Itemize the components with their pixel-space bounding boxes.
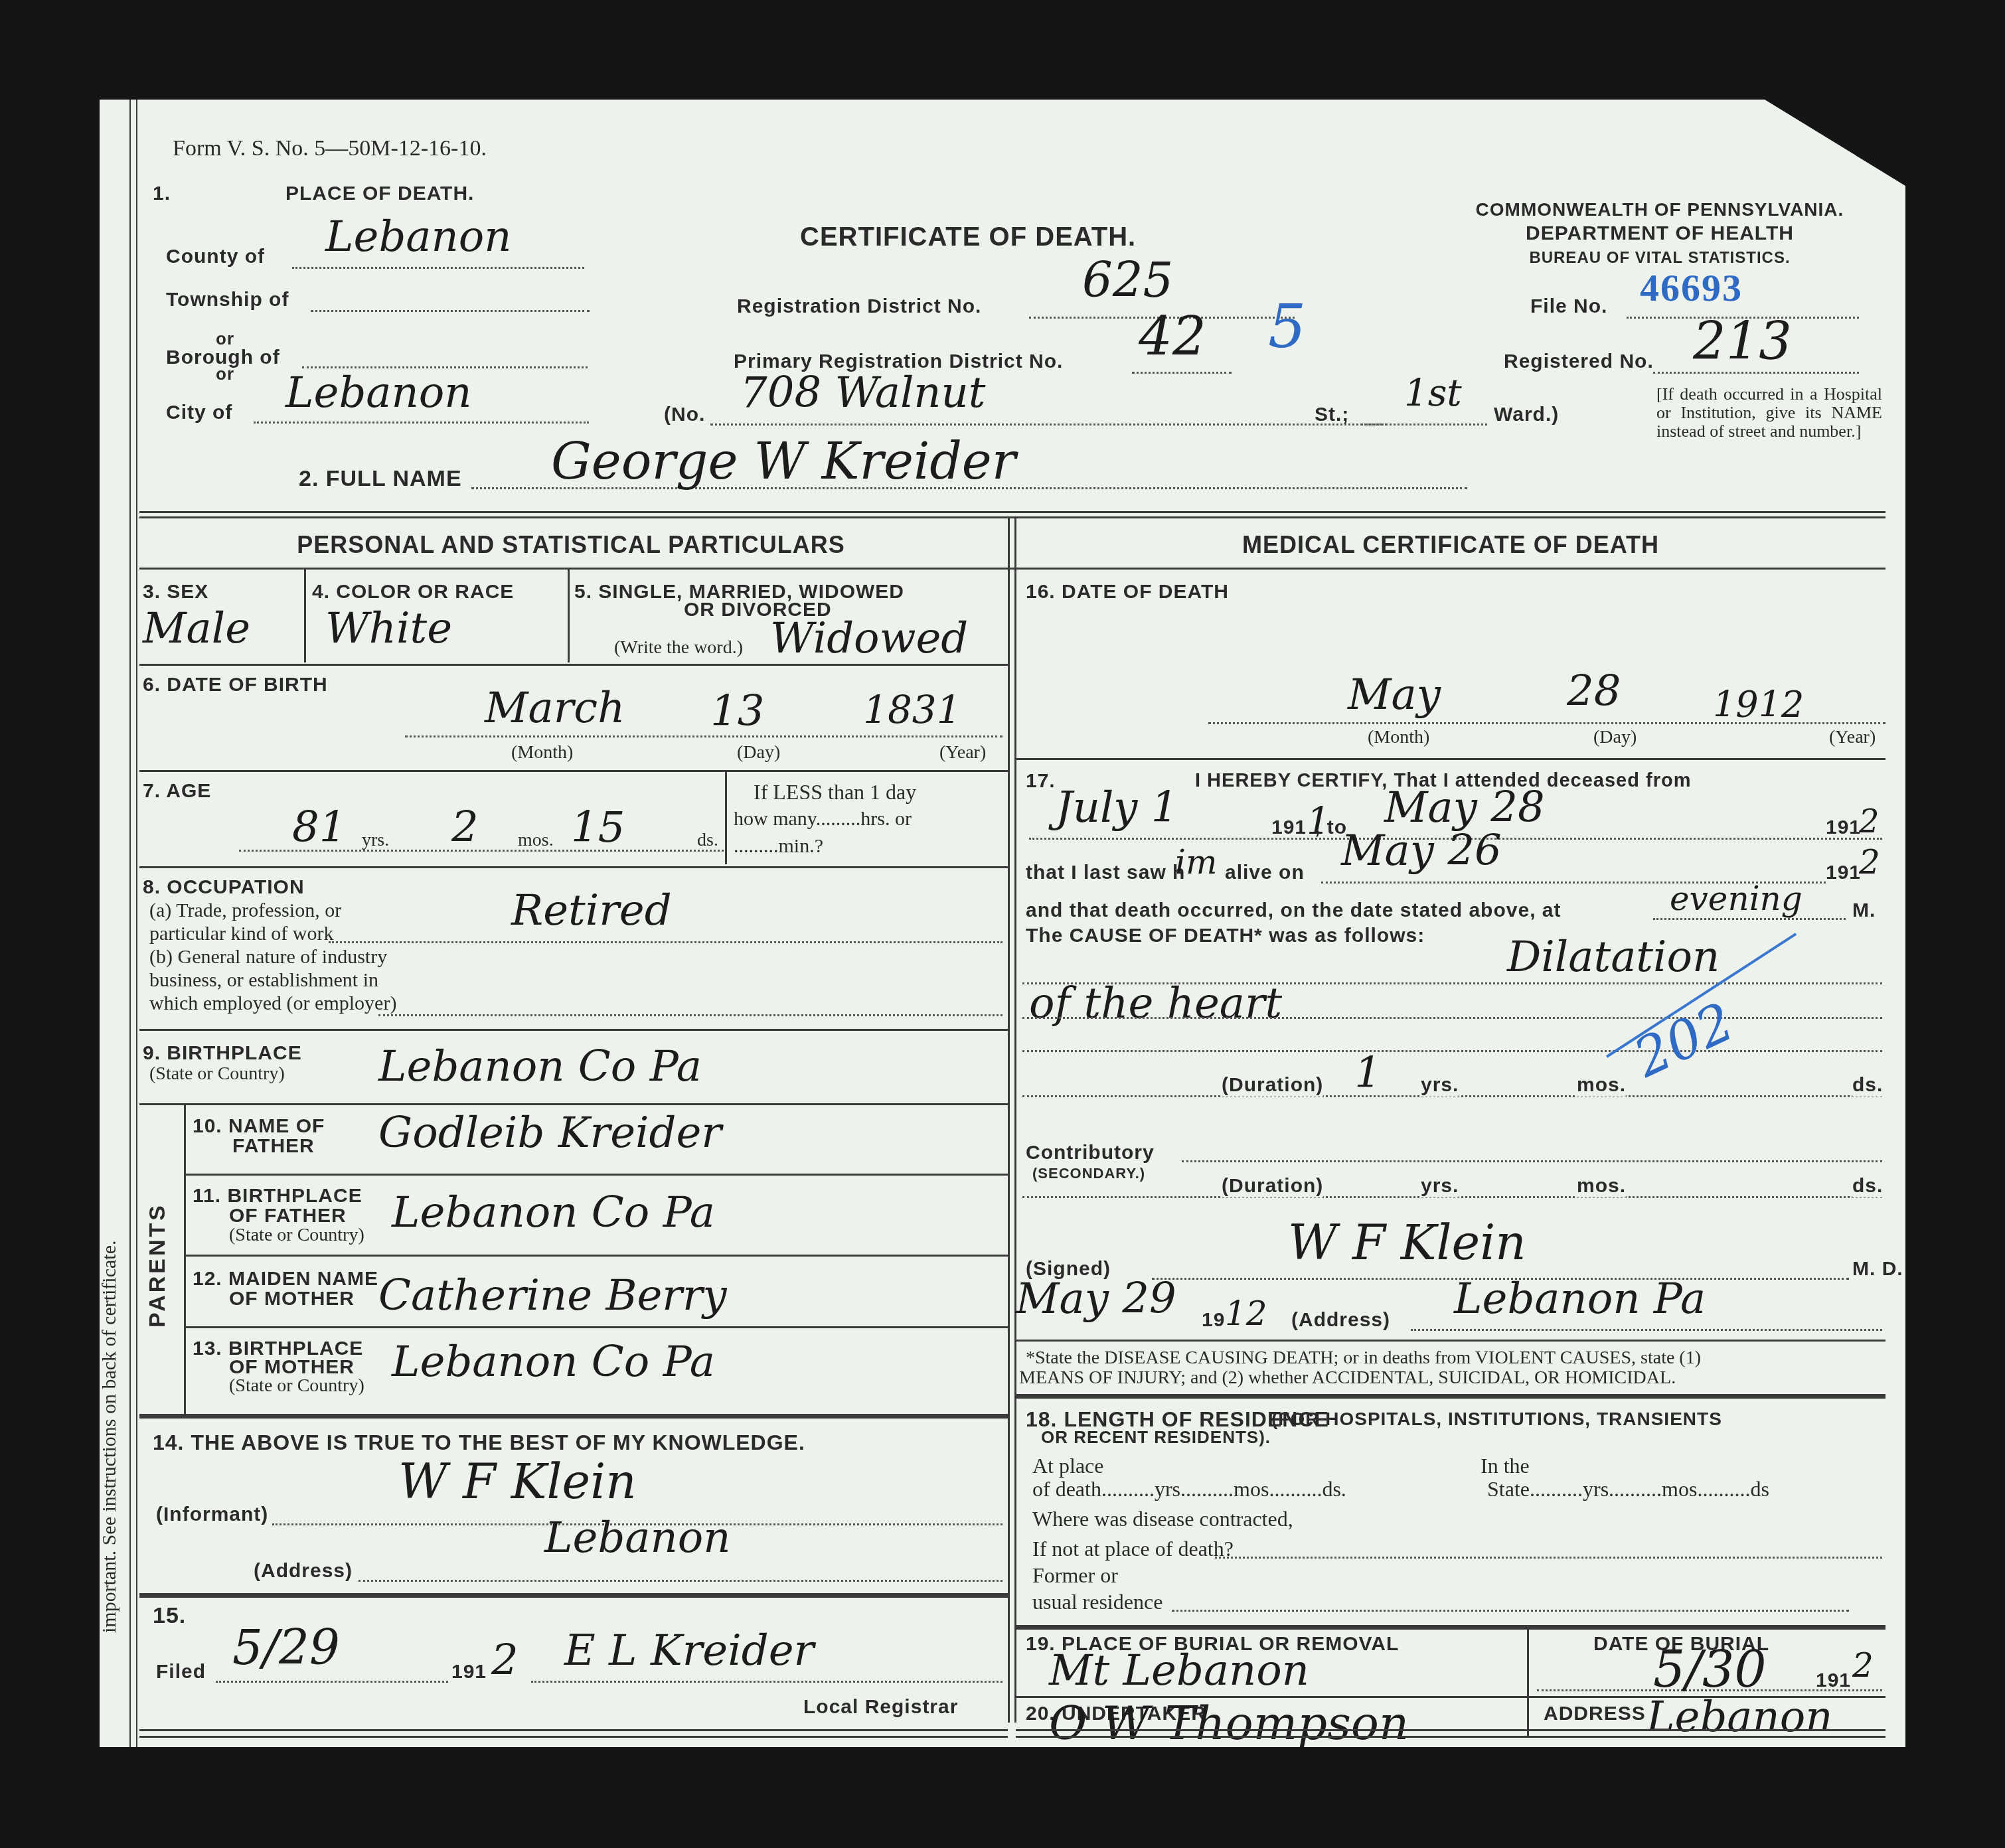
death-occurred-text: and that death occurred, on the date sta… bbox=[1026, 899, 1561, 922]
informant-heading: 14. THE ABOVE IS TRUE TO THE BEST OF MY … bbox=[153, 1430, 805, 1455]
burial-year-suffix[interactable]: 2 bbox=[1852, 1646, 1874, 1685]
file-number-value[interactable]: 46693 bbox=[1640, 266, 1743, 310]
father-birthplace-label-2: OF FATHER bbox=[229, 1205, 347, 1227]
meridiem-label: M. bbox=[1852, 899, 1876, 922]
footnote-line2: MEANS OF INJURY; and (2) whether ACCIDEN… bbox=[1019, 1367, 1676, 1389]
age-months[interactable]: 2 bbox=[451, 803, 479, 852]
township-label: Township of bbox=[166, 289, 289, 311]
filed-year-suffix[interactable]: 2 bbox=[491, 1636, 519, 1685]
rule-thick bbox=[1016, 1394, 1885, 1399]
father-name-value[interactable]: Godleib Kreider bbox=[378, 1109, 722, 1158]
duration-mos-unit-2: mos. bbox=[1577, 1175, 1626, 1197]
margin-note: important. See instructions on back of c… bbox=[98, 1241, 121, 1633]
township-line[interactable] bbox=[311, 310, 590, 312]
mother-name-value[interactable]: Catherine Berry bbox=[378, 1271, 727, 1320]
duration-label: (Duration) bbox=[1222, 1074, 1323, 1097]
last-saw-label: that I last saw h bbox=[1026, 862, 1185, 884]
cell-divider bbox=[1527, 1626, 1529, 1736]
informant-address-label: (Address) bbox=[254, 1560, 353, 1582]
rule bbox=[186, 1326, 1008, 1328]
in-state-label: In the bbox=[1481, 1454, 1530, 1478]
rule bbox=[186, 1255, 1008, 1257]
cell-divider bbox=[725, 771, 727, 864]
undertaker-address-value[interactable]: Lebanon bbox=[1646, 1693, 1832, 1742]
or-2: or bbox=[216, 364, 234, 384]
rule-thick bbox=[139, 1414, 1008, 1419]
race-label: 4. COLOR OR RACE bbox=[312, 581, 514, 603]
age-days[interactable]: 15 bbox=[571, 803, 625, 852]
dob-month[interactable]: March bbox=[485, 684, 625, 733]
informant-address-value[interactable]: Lebanon bbox=[544, 1513, 730, 1563]
md-label: M. D. bbox=[1852, 1258, 1903, 1280]
rule bbox=[139, 770, 1008, 772]
sex-label: 3. SEX bbox=[143, 581, 208, 603]
section-1-number: 1. bbox=[153, 183, 171, 205]
registered-number-line bbox=[1653, 372, 1859, 374]
margin-border-outer bbox=[129, 100, 131, 1747]
at-place-label: At place bbox=[1032, 1454, 1104, 1478]
burial-date-value[interactable]: 5/30 bbox=[1653, 1640, 1767, 1699]
filed-value[interactable]: 5/29 bbox=[232, 1620, 340, 1675]
occupation-value[interactable]: Retired bbox=[511, 886, 672, 935]
cause-of-death-line1[interactable]: Dilatation bbox=[1507, 933, 1720, 982]
death-certificate-paper: important. See instructions on back of c… bbox=[100, 100, 1905, 1747]
physician-address-label: (Address) bbox=[1291, 1309, 1390, 1332]
city-value[interactable]: Lebanon bbox=[285, 368, 471, 418]
where-contracted-label: Where was disease contracted, bbox=[1032, 1507, 1293, 1531]
last-saw-date[interactable]: May 26 bbox=[1341, 826, 1502, 876]
dob-day[interactable]: 13 bbox=[710, 687, 764, 736]
father-birthplace-label: 11. BIRTHPLACE bbox=[193, 1185, 362, 1207]
rule bbox=[139, 1729, 1008, 1731]
attended-to-year-prefix: 191 bbox=[1826, 816, 1861, 839]
dod-day-caption: (Day) bbox=[1593, 727, 1637, 748]
at-place-of-death[interactable]: of death..........yrs..........mos......… bbox=[1032, 1477, 1346, 1501]
time-of-death[interactable]: evening bbox=[1670, 880, 1803, 918]
day-caption: (Day) bbox=[737, 742, 780, 763]
personal-heading: PERSONAL AND STATISTICAL PARTICULARS bbox=[139, 531, 1002, 559]
section-17-number: 17. bbox=[1026, 770, 1056, 793]
signed-year-suffix[interactable]: 12 bbox=[1225, 1294, 1267, 1333]
registration-district-label: Registration District No. bbox=[737, 295, 981, 318]
filed-label: Filed bbox=[156, 1661, 206, 1683]
mos-unit: mos. bbox=[518, 830, 554, 851]
informant-value[interactable]: W F Klein bbox=[398, 1454, 637, 1509]
medical-heading: MEDICAL CERTIFICATE OF DEATH bbox=[1016, 531, 1885, 559]
signed-date[interactable]: May 29 bbox=[1016, 1274, 1176, 1324]
birthplace-hint: (State or Country) bbox=[149, 1063, 285, 1085]
rule bbox=[1016, 1340, 1885, 1342]
dod-month-caption: (Month) bbox=[1368, 727, 1429, 748]
duration-yrs-unit: yrs. bbox=[1421, 1074, 1459, 1097]
father-name-label-2: FATHER bbox=[232, 1135, 315, 1158]
age-years[interactable]: 81 bbox=[292, 803, 346, 852]
ds-unit: ds. bbox=[697, 830, 718, 851]
last-saw-year-suffix[interactable]: 2 bbox=[1859, 843, 1880, 882]
margin-border-inner bbox=[136, 100, 137, 1747]
time-line bbox=[1653, 918, 1846, 920]
rule-thick bbox=[139, 1593, 1008, 1598]
month-caption: (Month) bbox=[511, 742, 573, 763]
dod-day[interactable]: 28 bbox=[1567, 667, 1621, 716]
cell-divider bbox=[304, 570, 306, 662]
rule bbox=[139, 866, 1008, 868]
employer-line[interactable] bbox=[378, 1014, 1002, 1016]
duration-ds-unit-2: ds. bbox=[1852, 1175, 1883, 1197]
physician-address-value[interactable]: Lebanon Pa bbox=[1454, 1274, 1706, 1324]
issuer-department: DEPARTMENT OF HEALTH bbox=[1454, 222, 1866, 245]
marital-value[interactable]: Widowed bbox=[770, 614, 968, 663]
dod-month[interactable]: May bbox=[1348, 670, 1441, 720]
registered-number-value[interactable]: 213 bbox=[1693, 312, 1792, 372]
mother-name-label: 12. MAIDEN NAME bbox=[193, 1268, 378, 1290]
filed-year-prefix: 191 bbox=[451, 1661, 487, 1683]
usual-residence-label: usual residence bbox=[1032, 1590, 1163, 1614]
sex-value[interactable]: Male bbox=[143, 604, 250, 653]
dob-line bbox=[405, 735, 1002, 737]
occupation-line bbox=[329, 941, 1002, 943]
marital-hint: (Write the word.) bbox=[614, 637, 743, 658]
rule bbox=[139, 664, 1008, 666]
last-saw-year-prefix: 191 bbox=[1826, 862, 1861, 884]
occupation-label: 8. OCCUPATION bbox=[143, 876, 305, 899]
rule bbox=[1016, 758, 1885, 760]
informant-address-line bbox=[359, 1580, 1002, 1582]
father-name-label: 10. NAME OF bbox=[193, 1115, 325, 1138]
mother-birthplace-value[interactable]: Lebanon Co Pa bbox=[392, 1338, 715, 1387]
registrar-label: Local Registrar bbox=[803, 1696, 958, 1719]
occupation-b3: which employed (or employer) bbox=[149, 992, 396, 1015]
ward-line bbox=[1361, 424, 1487, 425]
street-no-label: (No. bbox=[664, 404, 705, 426]
footnote-line1: *State the DISEASE CAUSING DEATH; or in … bbox=[1026, 1347, 1701, 1369]
yrs-unit: yrs. bbox=[362, 830, 389, 851]
residence-line[interactable] bbox=[1172, 1610, 1849, 1612]
informant-label: (Informant) bbox=[156, 1503, 268, 1526]
father-birthplace-hint: (State or Country) bbox=[229, 1225, 364, 1246]
rule-thick bbox=[1016, 1625, 1885, 1630]
birthplace-label: 9. BIRTHPLACE bbox=[143, 1042, 302, 1065]
column-divider bbox=[1008, 518, 1010, 1723]
residence-note-1: (FOR HOSPITALS, INSTITUTIONS, TRANSIENTS bbox=[1271, 1409, 1722, 1430]
burial-year-prefix: 191 bbox=[1816, 1669, 1851, 1692]
hospital-note: [If death occurred in a Hospital or Inst… bbox=[1656, 385, 1882, 441]
primary-district-value[interactable]: 42 bbox=[1139, 305, 1206, 367]
duration-mos-unit: mos. bbox=[1577, 1074, 1626, 1097]
duration-ds-unit: ds. bbox=[1852, 1074, 1883, 1097]
city-line bbox=[254, 422, 589, 424]
full-name-value[interactable]: George W Kreider bbox=[551, 431, 1016, 491]
certificate-title: CERTIFICATE OF DEATH. bbox=[800, 222, 1136, 252]
undertaker-address-label: ADDRESS bbox=[1544, 1703, 1646, 1725]
street-value[interactable]: 708 Walnut bbox=[740, 368, 986, 418]
rule bbox=[139, 511, 1885, 513]
occupation-a2: particular kind of work bbox=[149, 923, 333, 945]
registered-number-label: Registered No. bbox=[1504, 350, 1654, 373]
burial-place-value[interactable]: Mt Lebanon bbox=[1049, 1646, 1309, 1695]
dod-year[interactable]: 1912 bbox=[1713, 684, 1804, 726]
cause-line-2 bbox=[1022, 1017, 1882, 1019]
county-line bbox=[292, 267, 584, 269]
less-than-day-1: If LESS than 1 day bbox=[754, 780, 916, 805]
ward-label: Ward.) bbox=[1494, 404, 1559, 426]
rule bbox=[186, 1174, 1008, 1176]
street-suffix-label: St.; bbox=[1315, 404, 1349, 426]
place-of-death-heading: PLACE OF DEATH. bbox=[285, 183, 474, 205]
attended-to[interactable]: May 28 bbox=[1384, 783, 1545, 832]
duration-label-2: (Duration) bbox=[1222, 1175, 1323, 1197]
signed-year-prefix: 19 bbox=[1202, 1309, 1225, 1332]
father-birthplace-value[interactable]: Lebanon Co Pa bbox=[392, 1188, 715, 1237]
city-label: City of bbox=[166, 402, 232, 424]
less-than-day-2: how many.........hrs. or bbox=[734, 808, 912, 830]
cause-of-death-label: The CAUSE OF DEATH* was as follows: bbox=[1026, 925, 1425, 947]
occupation-a1: (a) Trade, profession, or bbox=[149, 899, 341, 922]
full-name-label: 2. FULL NAME bbox=[299, 466, 462, 492]
rule bbox=[139, 516, 1885, 518]
physician-signature[interactable]: W F Klein bbox=[1288, 1215, 1526, 1270]
rule bbox=[139, 568, 1885, 570]
cause-line-3 bbox=[1022, 1050, 1882, 1052]
former-residence-label: Former or bbox=[1032, 1563, 1118, 1588]
issuer-commonwealth: COMMONWEALTH OF PENNSYLVANIA. bbox=[1454, 199, 1866, 220]
attended-from[interactable]: July 1 bbox=[1056, 783, 1178, 832]
in-state-values[interactable]: State..........yrs..........mos.........… bbox=[1487, 1477, 1769, 1501]
rule bbox=[1016, 1729, 1885, 1731]
ward-value[interactable]: 1st bbox=[1404, 372, 1462, 415]
registration-district-value[interactable]: 625 bbox=[1082, 252, 1173, 308]
mother-birthplace-hint: (State or Country) bbox=[229, 1375, 364, 1397]
secondary-label: (SECONDARY.) bbox=[1032, 1165, 1145, 1182]
attended-to-year-suffix[interactable]: 2 bbox=[1859, 803, 1880, 840]
section-15-number: 15. bbox=[153, 1603, 186, 1629]
mother-name-label-2: OF MOTHER bbox=[229, 1288, 355, 1310]
dod-year-caption: (Year) bbox=[1829, 727, 1876, 748]
county-label: County of bbox=[166, 246, 265, 268]
race-value[interactable]: White bbox=[325, 604, 452, 653]
form-number: Form V. S. No. 5—50M-12-16-10. bbox=[173, 136, 487, 161]
registrar-signature[interactable]: E L Kreider bbox=[564, 1626, 814, 1675]
rule bbox=[1016, 1736, 1885, 1738]
primary-district-check: 5 bbox=[1268, 292, 1306, 362]
dob-year[interactable]: 1831 bbox=[863, 687, 961, 732]
registrar-line bbox=[531, 1681, 1002, 1683]
dod-label: 16. DATE OF DEATH bbox=[1026, 581, 1229, 603]
contributory-label: Contributory bbox=[1026, 1142, 1155, 1164]
occupation-b2: business, or establishment in bbox=[149, 969, 378, 992]
filed-line bbox=[216, 1681, 448, 1683]
rule bbox=[139, 1029, 1008, 1031]
cause-of-death-line2[interactable]: of the heart bbox=[1029, 979, 1282, 1028]
street-line bbox=[710, 424, 1388, 425]
county-value[interactable]: Lebanon bbox=[325, 212, 511, 262]
less-than-day-3: .........min.? bbox=[734, 835, 823, 858]
contributory-line[interactable] bbox=[1182, 1160, 1882, 1162]
birthplace-value[interactable]: Lebanon Co Pa bbox=[378, 1042, 702, 1091]
dob-label: 6. DATE OF BIRTH bbox=[143, 674, 328, 696]
rule bbox=[139, 1103, 1008, 1105]
issuer-bureau: BUREAU OF VITAL STATISTICS. bbox=[1454, 249, 1866, 268]
age-label: 7. AGE bbox=[143, 780, 211, 803]
contracted-line[interactable] bbox=[1215, 1557, 1882, 1559]
primary-district-line bbox=[1132, 372, 1232, 374]
last-saw-pronoun[interactable]: im bbox=[1175, 843, 1217, 882]
year-caption: (Year) bbox=[939, 742, 986, 763]
duration-yrs-unit-2: yrs. bbox=[1421, 1175, 1459, 1197]
cell-divider bbox=[568, 570, 570, 662]
parents-label: PARENTS bbox=[145, 1203, 171, 1328]
residence-note-2: OR RECENT RESIDENTS). bbox=[1041, 1427, 1271, 1448]
file-number-label: File No. bbox=[1530, 295, 1607, 318]
rule bbox=[139, 1736, 1008, 1738]
if-not-at-place-label: If not at place of death? bbox=[1032, 1537, 1234, 1561]
alive-on-label: alive on bbox=[1225, 862, 1305, 884]
undertaker-value[interactable]: O W Thompson bbox=[1049, 1696, 1409, 1750]
physician-address-line bbox=[1411, 1329, 1882, 1331]
parents-divider bbox=[184, 1105, 186, 1417]
occupation-b1: (b) General nature of industry bbox=[149, 946, 387, 968]
attended-from-year-prefix: 191 bbox=[1271, 816, 1307, 839]
duration-years[interactable]: 1 bbox=[1354, 1049, 1382, 1098]
column-divider bbox=[1014, 518, 1016, 1723]
